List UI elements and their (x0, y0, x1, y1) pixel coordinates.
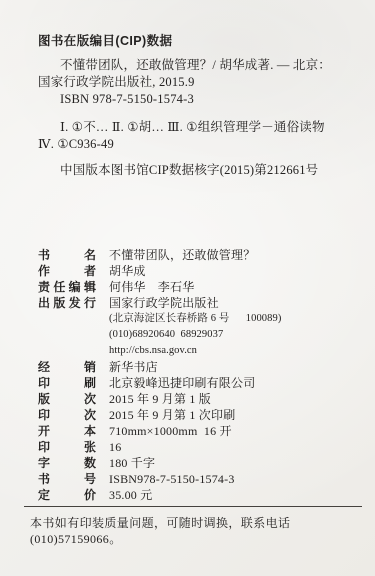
pub-value-format: 710mm×1000mm 16 开 (109, 423, 232, 439)
pub-label-author: 作者 (38, 263, 96, 279)
pub-row-editor: 责任编辑 何伟华 李石华 (38, 279, 358, 295)
pub-row-format: 开本 710mm×1000mm 16 开 (38, 423, 358, 439)
pub-value-book-title: 不懂带团队，还敢做管理？ (109, 247, 255, 263)
pub-row-publisher: 出版发行 国家行政学院出版社 (38, 295, 358, 311)
pub-row-word-count: 字数 180 千字 (38, 455, 358, 471)
pub-value-phone: (010)68920640 68929037 (109, 327, 223, 343)
pub-value-word-count: 180 千字 (109, 455, 155, 471)
cip-title-line: 不懂带团队，还敢做管理？/ 胡华成著. — 北京： (38, 57, 353, 74)
pub-label-format: 开本 (38, 423, 96, 439)
divider-line (24, 506, 362, 507)
pub-value-edition: 2015 年 9 月第 1 版 (109, 391, 211, 407)
pub-value-publisher: 国家行政学院出版社 (109, 295, 219, 311)
pub-value-impression: 2015 年 9 月第 1 次印刷 (109, 407, 235, 423)
pub-row-price: 定价 35.00 元 (38, 487, 358, 503)
cip-classification-line-1: Ⅰ. ①不… Ⅱ. ①胡… Ⅲ. ①组织管理学－通俗读物 (38, 119, 353, 136)
cip-header: 图书在版编目(CIP)数据 (38, 33, 353, 50)
pub-row-book-number: 书号 ISBN978-7-5150-1574-3 (38, 471, 358, 487)
publication-info-section: 书名 不懂带团队，还敢做管理？ 作者 胡华成 责任编辑 何伟华 李石华 出版发行… (38, 247, 358, 503)
pub-label-book-title: 书名 (38, 247, 96, 263)
pub-label-book-number: 书号 (38, 471, 96, 487)
pub-value-author: 胡华成 (109, 263, 146, 279)
pub-label-word-count: 字数 (38, 455, 96, 471)
pub-row-printer: 印刷 北京毅峰迅捷印刷有限公司 (38, 375, 358, 391)
cip-record-number-line: 中国版本图书馆CIP数据核字(2015)第212661号 (38, 162, 353, 179)
pub-value-address: (北京海淀区长春桥路 6 号 100089) (109, 311, 281, 327)
pub-value-book-number: ISBN978-7-5150-1574-3 (109, 471, 235, 487)
pub-label-editor: 责任编辑 (38, 279, 96, 295)
pub-row-website: http://cbs.nsa.gov.cn (38, 343, 358, 359)
pub-label-printer: 印刷 (38, 375, 96, 391)
pub-label-publisher: 出版发行 (38, 295, 96, 311)
pub-row-phone: (010)68920640 68929037 (38, 327, 358, 343)
book-copyright-page: 图书在版编目(CIP)数据 不懂带团队，还敢做管理？/ 胡华成著. — 北京： … (0, 0, 375, 576)
pub-value-editor: 何伟华 李石华 (109, 279, 194, 295)
cip-isbn-line: ISBN 978-7-5150-1574-3 (38, 91, 353, 108)
cip-publisher-line: 国家行政学院出版社, 2015.9 (38, 74, 353, 91)
pub-row-edition: 版次 2015 年 9 月第 1 版 (38, 391, 358, 407)
pub-row-impression: 印次 2015 年 9 月第 1 次印刷 (38, 407, 358, 423)
pub-label-edition: 版次 (38, 391, 96, 407)
pub-row-book-title: 书名 不懂带团队，还敢做管理？ (38, 247, 358, 263)
pub-label-sheets: 印张 (38, 439, 96, 455)
pub-value-website: http://cbs.nsa.gov.cn (109, 343, 197, 359)
cip-section: 图书在版编目(CIP)数据 不懂带团队，还敢做管理？/ 胡华成著. — 北京： … (38, 33, 353, 179)
pub-row-address: (北京海淀区长春桥路 6 号 100089) (38, 311, 358, 327)
pub-value-distributor: 新华书店 (109, 359, 158, 375)
quality-notice: 本书如有印装质量问题，可随时调换，联系电话(010)57159066。 (30, 515, 365, 547)
pub-row-sheets: 印张 16 (38, 439, 358, 455)
pub-value-sheets: 16 (109, 439, 121, 455)
pub-row-distributor: 经销 新华书店 (38, 359, 358, 375)
pub-value-price: 35.00 元 (109, 487, 152, 503)
pub-value-printer: 北京毅峰迅捷印刷有限公司 (109, 375, 255, 391)
pub-label-impression: 印次 (38, 407, 96, 423)
pub-label-price: 定价 (38, 487, 96, 503)
cip-classification-line-2: Ⅳ. ①C936-49 (38, 136, 353, 153)
pub-label-distributor: 经销 (38, 359, 96, 375)
pub-row-author: 作者 胡华成 (38, 263, 358, 279)
